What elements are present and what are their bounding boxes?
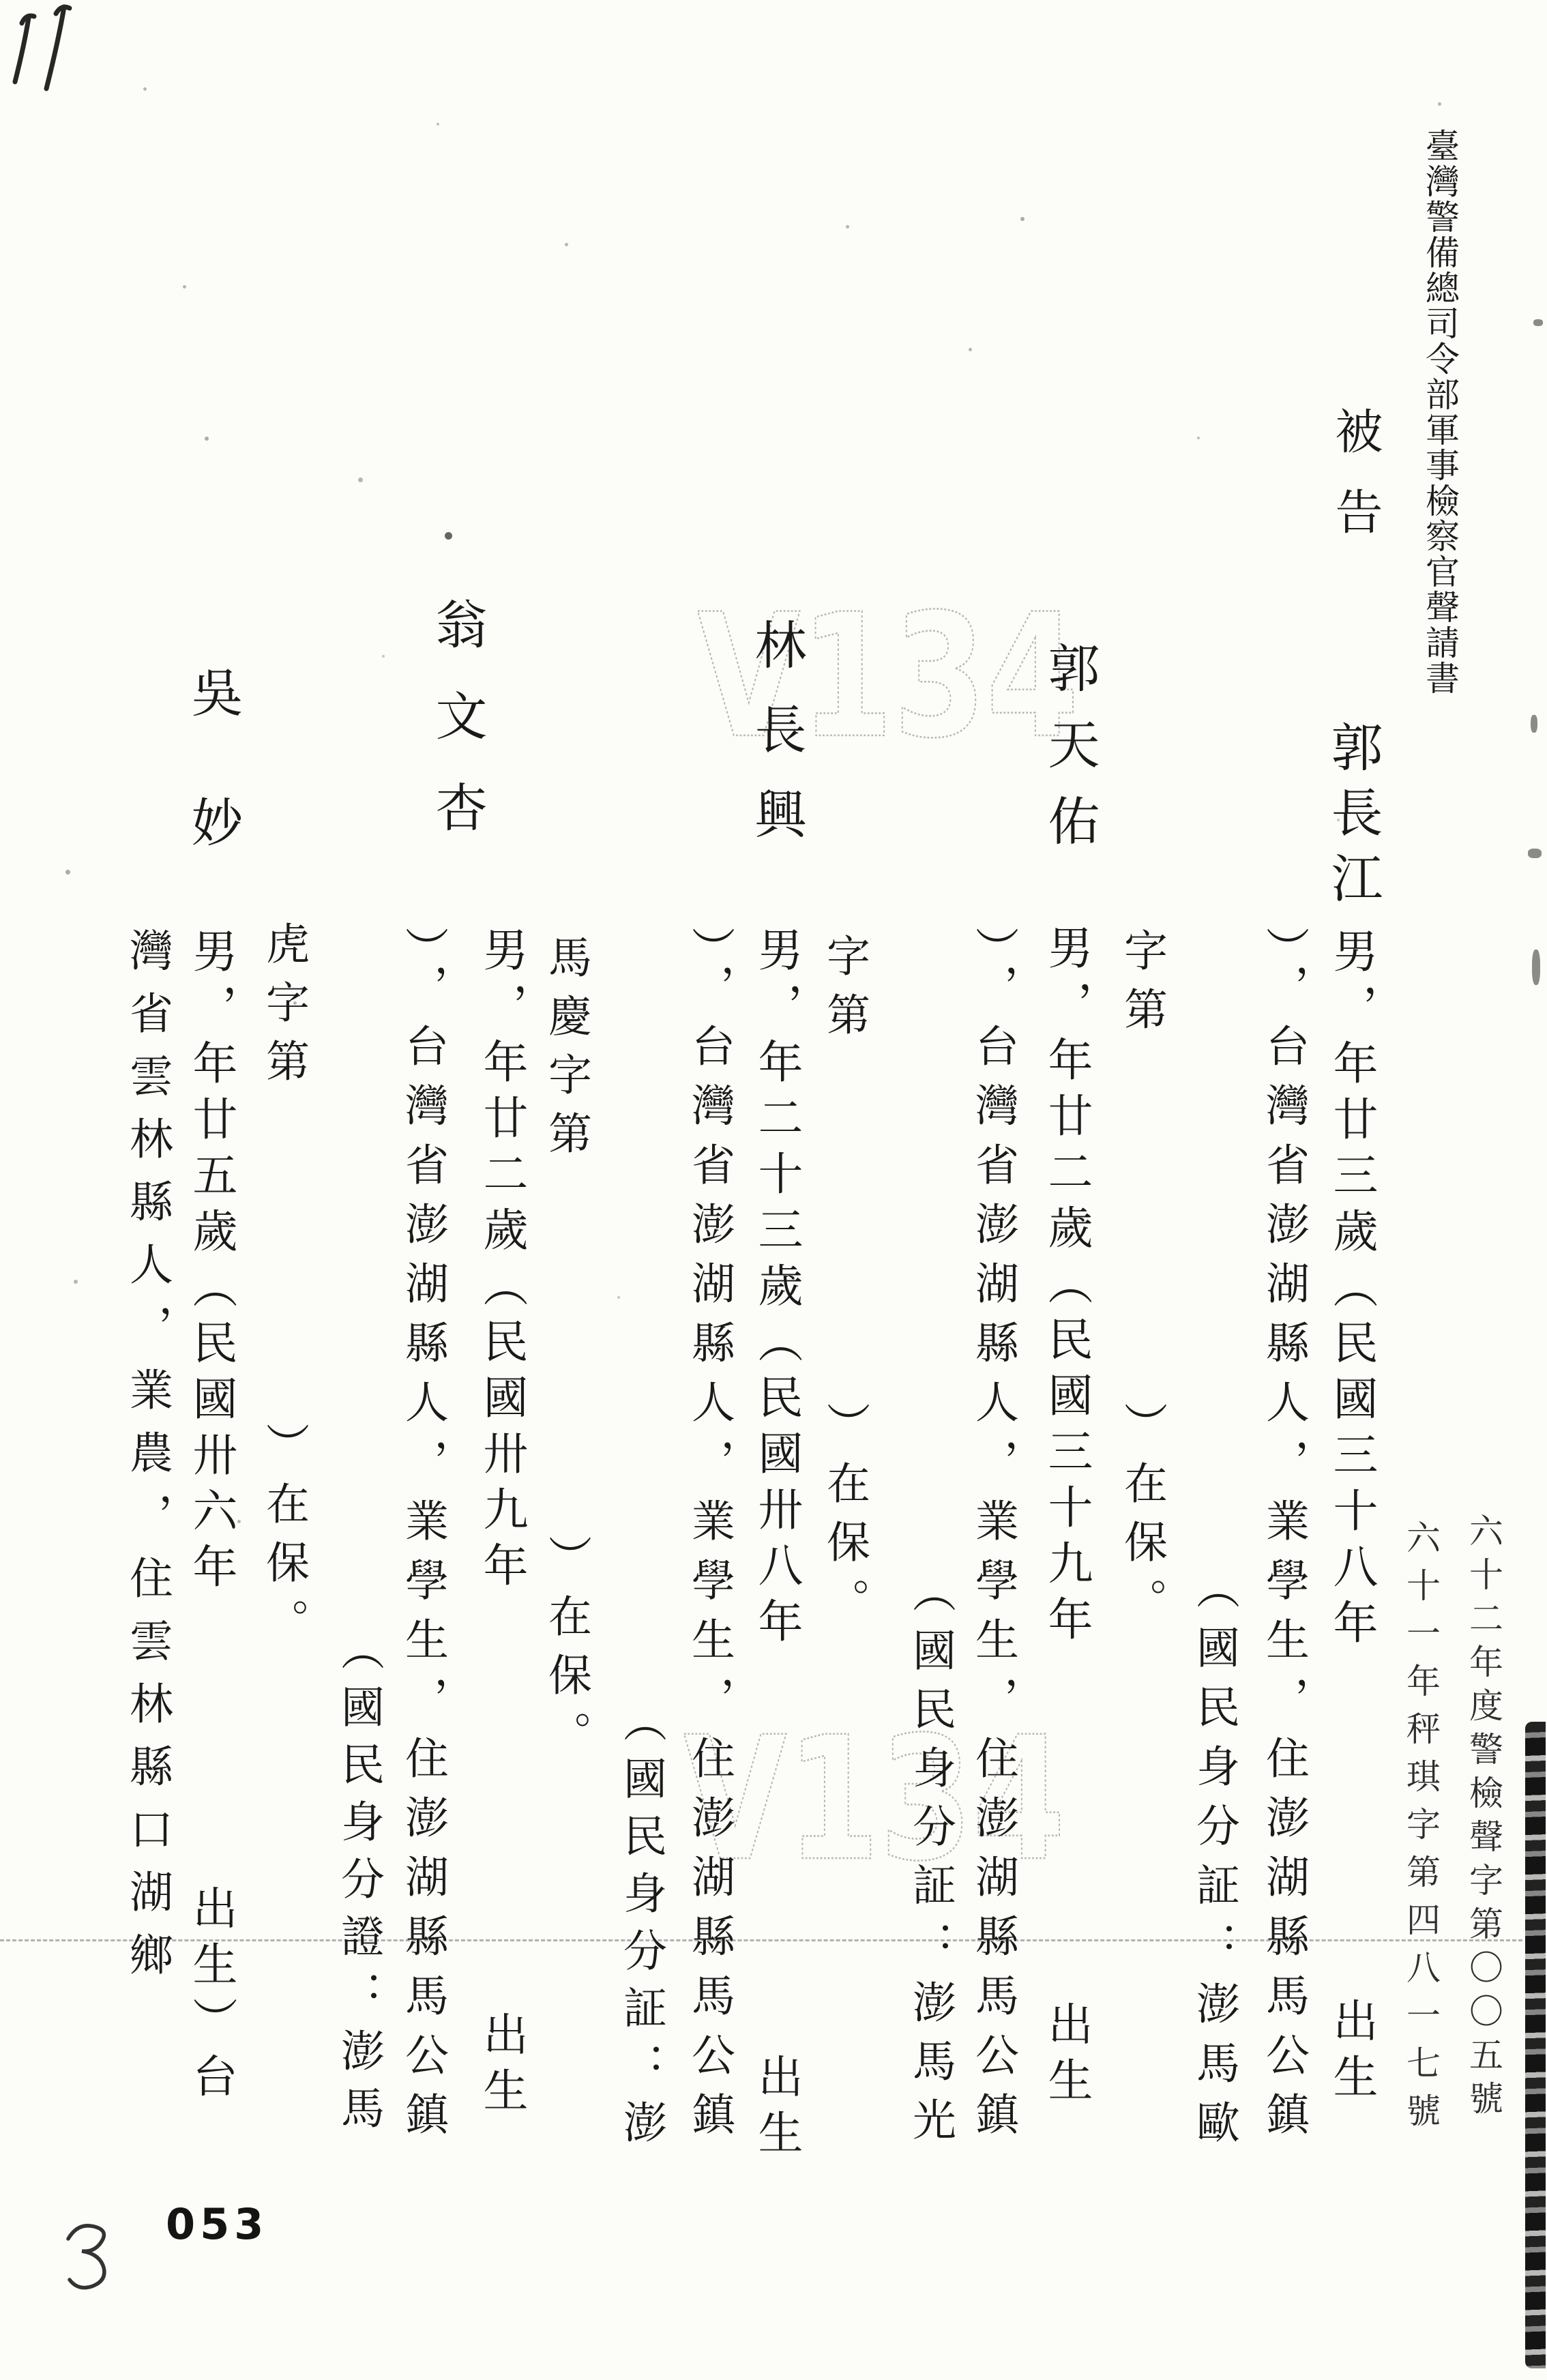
d4-info-column-4: 虎字第）在保。 xyxy=(262,921,306,1657)
d5-name-column-text: 吳妙 xyxy=(183,666,244,925)
scan-edge-noise xyxy=(1525,1722,1546,2368)
scan-speck xyxy=(437,123,439,126)
d2-info-column-1: 男，年廿二歲（民國三十九年出生 xyxy=(1044,924,1089,2113)
d1-info-column-4: 字第）在保。 xyxy=(1120,928,1164,1636)
d1-info-column-2: ），台灣省澎湖縣人，業學生，住澎湖縣馬公鎮 xyxy=(1262,926,1306,2151)
title-column: 臺灣警備總司令部軍事檢察官聲請書 xyxy=(1423,128,1457,696)
d3-info-column-1: 男，年二十三歲（民國卅八年出生 xyxy=(754,926,799,2165)
scan-speck xyxy=(969,348,972,351)
case-number-1-text: 六十二年度警檢聲字第〇〇五號 xyxy=(1464,1513,1503,2124)
scan-edge-mark xyxy=(1531,715,1537,733)
handwritten-mark-top-left xyxy=(3,1,112,104)
scan-speck xyxy=(382,655,385,658)
page-number: 053 xyxy=(166,2199,268,2249)
d2-info-column-4: 字第）在保。 xyxy=(823,933,866,1636)
scan-speck xyxy=(237,1520,241,1523)
d2-info-column-2-text: ），台灣省澎湖縣人，業學生，住澎湖縣馬公鎮 xyxy=(968,926,1018,2151)
d2-info-column-3: （國民身分証：澎馬光 xyxy=(909,1569,952,2156)
d3-info-column-3-text: （國民身分証：澎 xyxy=(616,1699,666,2157)
case-number-2: 六十一年秤琪字第四八一七號 xyxy=(1404,1520,1438,2141)
d1-info-column-1-text: 男，年廿三歲（民國三十八年 xyxy=(1325,928,1378,1655)
scan-speck xyxy=(65,870,70,875)
scan-edge-mark xyxy=(1533,319,1543,326)
scan-speck xyxy=(358,478,363,482)
scan-speck xyxy=(764,1467,767,1469)
scan-speck xyxy=(1337,819,1340,821)
d3-info-column-1-text: 出生 xyxy=(750,2053,803,2165)
d4-info-column-2: ），台灣省澎湖縣人，業學生，住澎湖縣馬公鎮 xyxy=(401,926,445,2151)
scan-speck xyxy=(565,243,568,246)
d3-info-column-1-text: 男，年二十三歲（民國卅八年 xyxy=(750,926,803,1654)
d2-info-column-1-text: 男，年廿二歲（民國三十九年 xyxy=(1040,924,1093,1651)
d3-name-column: 林長興 xyxy=(750,618,802,872)
d3-info-column-2-text: ），台灣省澎湖縣人，業學生，住澎湖縣馬公鎮 xyxy=(684,926,735,2151)
handwritten-mark-bottom-left xyxy=(57,2212,139,2300)
d3-info-column-2: ），台灣省澎湖縣人，業學生，住澎湖縣馬公鎮 xyxy=(688,926,731,2151)
d2-info-column-4-text: ）在保。 xyxy=(819,1402,870,1636)
d4-info-column-3-text: （國民身分證：澎馬 xyxy=(334,1627,384,2143)
d2-name-column-text: 郭天佑 xyxy=(1040,641,1100,870)
d5-name-column: 吳妙 xyxy=(187,666,239,925)
scan-speck xyxy=(183,285,186,289)
scan-speck xyxy=(846,225,849,229)
scan-speck xyxy=(74,1280,78,1284)
d1-info-column-3-text: （國民身分証：澎馬歐 xyxy=(1189,1566,1239,2159)
d1-name-column: 郭長江 xyxy=(1327,720,1379,917)
d1-info-column-1-text: 出生 xyxy=(1325,1997,1378,2109)
d2-info-column-4-text: 字第 xyxy=(819,933,870,1051)
scanned-document-page: V134 V134 053 臺灣警備總司令部軍事檢察官聲請書六十二年度警檢聲字第… xyxy=(0,0,1547,2380)
d5-info-column-1: 男，年廿五歲（民國卅六年出生）台 xyxy=(188,928,233,2109)
d4-info-column-4-text: ）在保。 xyxy=(259,1422,309,1657)
d3-info-column-4-text: 馬慶字第 xyxy=(541,935,591,1169)
d5-info-column-1-text: 出生）台 xyxy=(185,1885,237,2109)
d4-info-column-3: （國民身分證：澎馬 xyxy=(337,1627,381,2143)
defendant-label: 被告 xyxy=(1331,407,1379,568)
scan-speck xyxy=(205,437,209,441)
scan-speck xyxy=(143,87,147,91)
d1-info-column-1: 男，年廿三歲（民國三十八年出生 xyxy=(1329,928,1374,2109)
d1-info-column-3: （國民身分証：澎馬歐 xyxy=(1192,1566,1236,2159)
d4-info-column-1: 男，年廿二歲（民國卅九年出生 xyxy=(479,926,524,2123)
d4-name-column: 翁文杏 xyxy=(431,598,483,872)
d1-info-column-4-text: 字第 xyxy=(1117,928,1167,1045)
d5-info-column-1-text: 男，年廿五歲（民國卅六年 xyxy=(185,928,237,1599)
d4-info-column-4-text: 虎字第 xyxy=(259,921,309,1097)
d4-info-column-1-text: 出生 xyxy=(475,2011,528,2123)
d4-info-column-2-text: ），台灣省澎湖縣人，業學生，住澎湖縣馬公鎮 xyxy=(398,926,448,2151)
d4-name-column-text: 翁文杏 xyxy=(427,598,488,872)
d1-info-column-4-text: ）在保。 xyxy=(1117,1402,1167,1636)
d1-name-column-text: 郭長江 xyxy=(1323,720,1383,917)
d2-name-column: 郭天佑 xyxy=(1044,641,1095,870)
title-column-text: 臺灣警備總司令部軍事檢察官聲請書 xyxy=(1420,128,1460,696)
d3-info-column-4: 馬慶字第）在保。 xyxy=(544,935,588,1769)
scan-edge-mark xyxy=(1532,950,1540,985)
scan-speck xyxy=(617,1296,620,1299)
defendant-label-text: 被告 xyxy=(1327,407,1383,568)
d2-info-column-3-text: （國民身分証：澎馬光 xyxy=(905,1569,956,2156)
d5-info-column-2: 灣省雲林縣人，業農，住雲林縣口湖鄉 xyxy=(126,928,169,1995)
d3-name-column-text: 林長興 xyxy=(746,618,807,872)
d2-info-column-2: ），台灣省澎湖縣人，業學生，住澎湖縣馬公鎮 xyxy=(971,926,1015,2151)
d3-info-column-3: （國民身分証：澎 xyxy=(619,1699,663,2157)
d1-info-column-2-text: ），台灣省澎湖縣人，業學生，住澎湖縣馬公鎮 xyxy=(1258,926,1309,2151)
scan-speck xyxy=(293,1001,297,1005)
d2-info-column-1-text: 出生 xyxy=(1040,2001,1093,2113)
case-number-1: 六十二年度警檢聲字第〇〇五號 xyxy=(1467,1513,1501,2124)
d3-info-column-4-text: ）在保。 xyxy=(541,1535,591,1769)
case-number-2-text: 六十一年秤琪字第四八一七號 xyxy=(1401,1520,1441,2141)
scan-speck xyxy=(445,532,452,540)
d4-info-column-1-text: 男，年廿二歲（民國卅九年 xyxy=(475,926,528,1598)
scan-speck xyxy=(1438,102,1441,106)
scan-speck xyxy=(1020,217,1025,221)
d5-info-column-2-text: 灣省雲林縣人，業農，住雲林縣口湖鄉 xyxy=(122,928,173,1995)
scan-edge-mark xyxy=(1528,849,1542,858)
scan-speck xyxy=(1197,437,1200,439)
